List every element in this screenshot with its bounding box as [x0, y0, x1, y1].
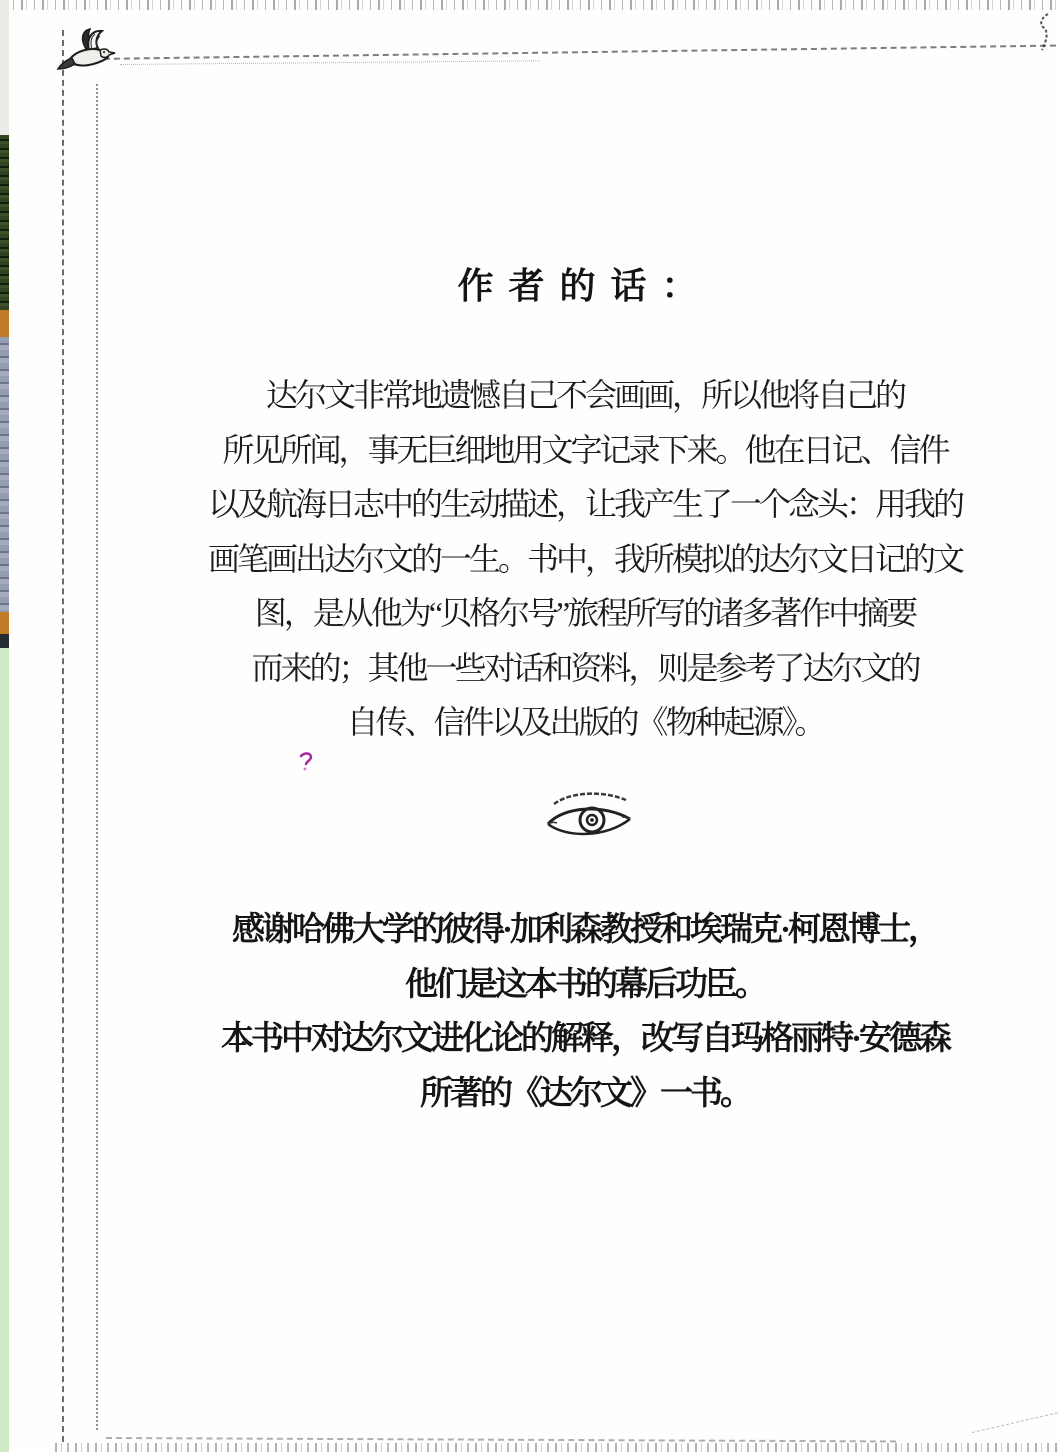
- acknowledgement-line: 感谢哈佛大学的彼得·加利森教授和埃瑞克·柯恩博士，: [110, 903, 1060, 958]
- border-bottom-right-trace: [972, 1412, 1058, 1433]
- edge-strip-segment: [0, 648, 9, 1452]
- scribble-mark-icon: [1032, 12, 1056, 57]
- acknowledgement-block: 感谢哈佛大学的彼得·加利森教授和埃瑞克·柯恩博士， 他们是这本书的幕后功臣。 本…: [110, 903, 1060, 1121]
- paragraph-line: 而来的；其他一些对话和资料，则是参考了达尔文的: [110, 641, 1060, 696]
- paragraph-line: 画笔画出达尔文的一生。书中，我所模拟的达尔文日记的文: [110, 532, 1060, 587]
- eye-sketch-icon: [540, 786, 640, 853]
- edge-strip-segment: [0, 310, 9, 337]
- paragraph-line: 达尔文非常地遗憾自己不会画画，所以他将自己的: [110, 368, 1060, 423]
- scanner-noise-bottom: [55, 1443, 1060, 1452]
- paragraph-line: 所见所闻，事无巨细地用文字记录下来。他在日记、信件: [110, 423, 1060, 478]
- border-bottom: [106, 1437, 896, 1442]
- border-top-echo: [120, 60, 540, 65]
- paragraph-line: 自传、信件以及出版的《物种起源》。: [110, 695, 1060, 750]
- author-note-paragraph: 达尔文非常地遗憾自己不会画画，所以他将自己的 所见所闻，事无巨细地用文字记录下来…: [110, 368, 1060, 750]
- border-left-inner: [96, 84, 98, 1430]
- scanner-noise-top: [0, 0, 1060, 10]
- paragraph-line: 以及航海日志中的生动描述，让我产生了一个念头：用我的: [110, 477, 1060, 532]
- dove-sketch-icon: [56, 27, 120, 86]
- edge-strip-segment: [0, 337, 9, 612]
- purple-ink-squiggle-icon: [297, 750, 317, 783]
- edge-strip-segment: [0, 0, 9, 135]
- scanned-book-page: 作者的话： 达尔文非常地遗憾自己不会画画，所以他将自己的 所见所闻，事无巨细地用…: [0, 0, 1060, 1452]
- border-top: [94, 45, 1056, 60]
- edge-strip-segment: [0, 612, 9, 634]
- edge-strip-segment: [0, 634, 9, 648]
- page-title: 作者的话：: [457, 258, 712, 309]
- paragraph-line: 图，是从他为“贝格尔号”旅程所写的诸多著作中摘要: [110, 586, 1060, 641]
- acknowledgement-line: 本书中对达尔文进化论的解释，改写自玛格丽特·安德森: [110, 1012, 1060, 1067]
- border-left-outer: [62, 30, 64, 1442]
- title-block: 作者的话：: [110, 258, 1060, 309]
- adjacent-page-edge-strip: [0, 0, 9, 1452]
- edge-strip-segment: [0, 135, 9, 310]
- acknowledgement-line: 他们是这本书的幕后功臣。: [110, 958, 1060, 1013]
- acknowledgement-line: 所著的《达尔文》一书。: [110, 1067, 1060, 1122]
